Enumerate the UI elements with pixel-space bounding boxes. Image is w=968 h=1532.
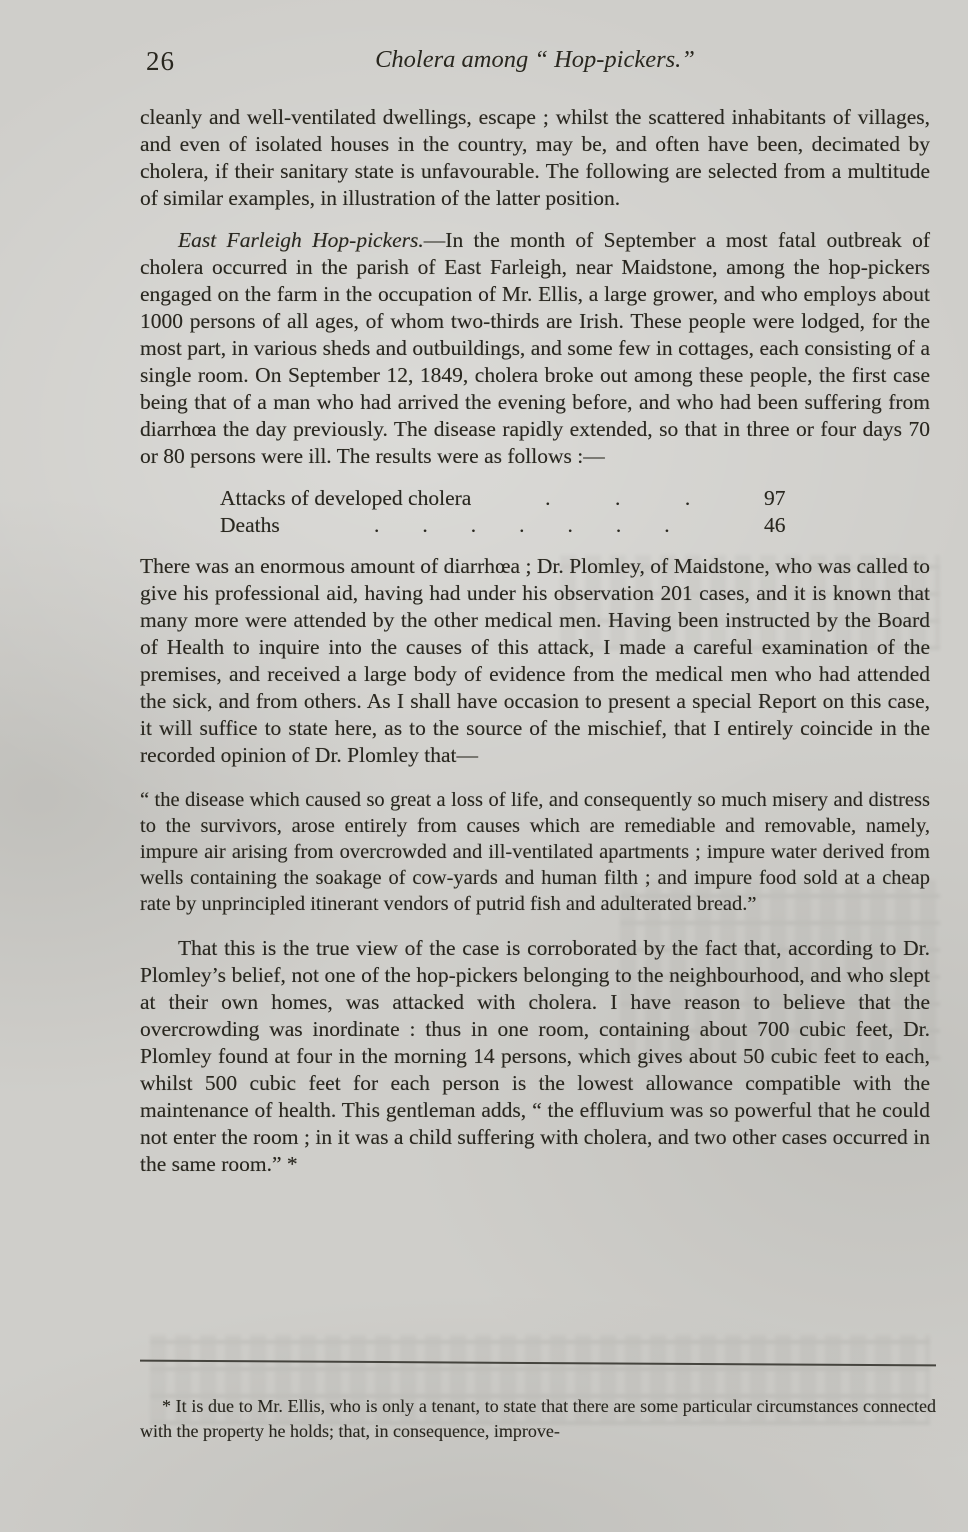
results-table: Attacks of developed cholera . . . 97 De… <box>220 485 808 539</box>
document-page: 26 Cholera among “ Hop-pickers.” cleanly… <box>0 0 968 1532</box>
paragraph-continuation: cleanly and well-ventilated dwellings, e… <box>140 104 930 212</box>
page-header: 26 Cholera among “ Hop-pickers.” <box>140 46 930 82</box>
paragraph-east-farleigh-text: —In the month of September a most fatal … <box>140 228 930 468</box>
row-label: Deaths <box>220 512 280 539</box>
paragraph-quote-plomley: “ the disease which caused so great a lo… <box>140 787 930 917</box>
row-label: Attacks of developed cholera <box>220 485 471 512</box>
scanned-book-page: { "page": { "number": "26", "running_tit… <box>0 0 968 1532</box>
row-value: 97 <box>764 485 808 512</box>
paragraph-inquiry: There was an enormous amount of diarrhœa… <box>140 553 930 769</box>
dot-leader: . . . <box>471 485 764 512</box>
page-number: 26 <box>146 46 175 77</box>
footnote-text: * It is due to Mr. Ellis, who is only a … <box>140 1394 936 1444</box>
row-value: 46 <box>764 512 808 539</box>
text-column: cleanly and well-ventilated dwellings, e… <box>140 104 930 1178</box>
running-title: Cholera among “ Hop-pickers.” <box>140 46 930 74</box>
paragraph-lead-italic: East Farleigh Hop-pickers. <box>178 228 424 252</box>
paragraph-corroboration: That this is the true view of the case i… <box>140 935 930 1178</box>
footnote-section: * It is due to Mr. Ellis, who is only a … <box>140 1362 936 1444</box>
dot-leader: . . . . . . . <box>280 512 764 539</box>
footnote-divider <box>140 1360 936 1367</box>
table-row: Deaths . . . . . . . 46 <box>220 512 808 539</box>
paragraph-east-farleigh: East Farleigh Hop-pickers.—In the month … <box>140 227 930 470</box>
table-row: Attacks of developed cholera . . . 97 <box>220 485 808 512</box>
